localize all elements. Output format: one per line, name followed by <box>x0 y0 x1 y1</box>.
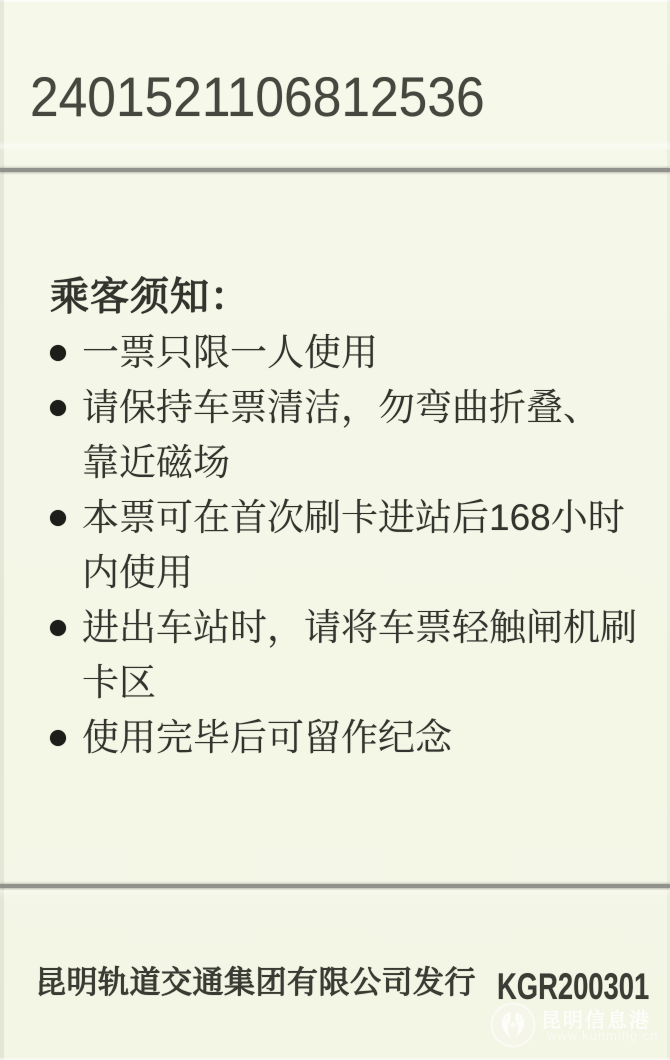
notice-line: 进出车站时，请将车票轻触闸机刷 <box>82 600 640 655</box>
watermark-site-url: www.kunming.cn <box>547 1028 659 1043</box>
photo-edge-left <box>0 0 4 1060</box>
bullet-icon <box>50 620 66 636</box>
highlight-band <box>0 141 670 151</box>
ticket-serial-number: 2401521106812536 <box>30 69 485 125</box>
site-watermark: 昆明信息港 www.kunming.cn <box>488 1000 670 1056</box>
list-item: 使用完毕后可留作纪念 <box>50 710 640 765</box>
notice-heading: 乘客须知： <box>50 270 640 325</box>
notice-line: 请保持车票清洁，勿弯曲折叠、 <box>82 380 640 435</box>
list-item: 进出车站时，请将车票轻触闸机刷 卡区 <box>50 600 640 710</box>
notice-list: 一票只限一人使用 请保持车票清洁，勿弯曲折叠、 靠近磁场 本票可在首次刷卡进站后… <box>50 325 640 765</box>
list-item: 请保持车票清洁，勿弯曲折叠、 靠近磁场 <box>50 380 640 490</box>
notice-line: 卡区 <box>82 655 640 710</box>
metro-ticket-back: 2401521106812536 乘客须知： 一票只限一人使用 请保持车票清洁，… <box>0 0 670 1060</box>
bullet-icon <box>50 510 66 526</box>
phoenix-logo-icon <box>490 1002 536 1048</box>
issuer-text: 昆明轨道交通集团有限公司发行 <box>35 966 476 1000</box>
divider-bottom <box>0 884 670 888</box>
photo-edge-top <box>0 0 670 2</box>
notice-line: 内使用 <box>82 545 640 600</box>
notice-line: 一票只限一人使用 <box>82 325 640 380</box>
list-item: 本票可在首次刷卡进站后168小时 内使用 <box>50 490 640 600</box>
bullet-icon <box>50 345 66 361</box>
list-item: 一票只限一人使用 <box>50 325 640 380</box>
notice-line: 本票可在首次刷卡进站后168小时 <box>82 490 640 545</box>
ticket-model-code: KGR200301 <box>497 967 649 1008</box>
watermark-site-name: 昆明信息港 <box>541 1004 651 1033</box>
notice-line: 使用完毕后可留作纪念 <box>82 710 640 765</box>
bullet-icon <box>50 730 66 746</box>
bullet-icon <box>50 400 66 416</box>
passenger-notice: 乘客须知： 一票只限一人使用 请保持车票清洁，勿弯曲折叠、 靠近磁场 本票可在首… <box>50 270 640 765</box>
divider-top <box>0 168 670 172</box>
notice-line: 靠近磁场 <box>82 435 640 490</box>
